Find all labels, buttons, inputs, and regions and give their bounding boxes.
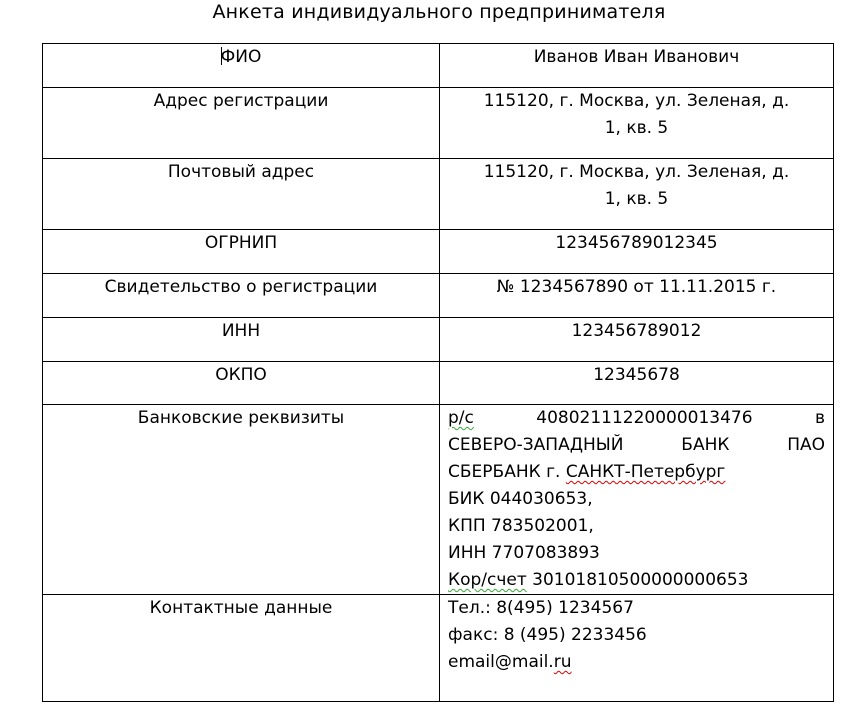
row-value[interactable]: 123456789012 — [440, 318, 834, 362]
bank-kpp: КПП 783502001, — [448, 513, 825, 540]
document-title: Анкета индивидуального предпринимателя — [0, 1, 858, 23]
row-value[interactable]: Иванов Иван Иванович — [440, 44, 834, 88]
row-label[interactable]: ОГРНИП — [43, 230, 440, 274]
bank-correspondent-account: Кор/счет 30101810500000000653 — [448, 567, 825, 594]
row-value[interactable]: 12345678 — [440, 362, 834, 405]
row-value[interactable]: 115120, г. Москва, ул. Зеленая, д. 1, кв… — [440, 88, 834, 159]
value-line: 115120, г. Москва, ул. Зеленая, д. — [440, 88, 833, 115]
row-label[interactable]: Адрес регистрации — [43, 88, 440, 159]
bank-details-value[interactable]: р/с 40802111220000013476 в СЕВЕРО-ЗАПАДН… — [440, 405, 834, 595]
row-value[interactable]: 115120, г. Москва, ул. Зеленая, д. 1, кв… — [440, 159, 834, 230]
table-row: ОКПО 12345678 — [43, 362, 834, 405]
bank-name-part: ПАО — [787, 432, 825, 459]
row-label[interactable]: ИНН — [43, 318, 440, 362]
email-part: email@mail. — [448, 652, 554, 672]
kor-label: Кор/счет — [448, 570, 527, 590]
table-row: Почтовый адрес 115120, г. Москва, ул. Зе… — [43, 159, 834, 230]
row-label[interactable]: ФИО — [43, 44, 440, 88]
email-domain: ru — [554, 652, 572, 672]
value-text: Иванов Иван Иванович — [534, 47, 740, 67]
account-prefix: р/с — [448, 405, 474, 432]
bank-name-part: СБЕРБАНК г. — [448, 462, 566, 482]
bank-line-name: СЕВЕРО-ЗАПАДНЫЙ БАНК ПАО — [448, 432, 825, 459]
account-number: 40802111220000013476 — [536, 405, 752, 432]
contact-fax: факс: 8 (495) 2233456 — [448, 622, 825, 649]
row-label[interactable]: Контактные данные — [43, 595, 440, 702]
bank-inn: ИНН 7707083893 — [448, 540, 825, 567]
contact-email: email@mail.ru — [448, 649, 825, 676]
bank-line-account: р/с 40802111220000013476 в — [448, 405, 825, 432]
bank-line-city: СБЕРБАНК г. САНКТ-Петербург — [448, 459, 825, 486]
table-row: Банковские реквизиты р/с 408021112200000… — [43, 405, 834, 595]
row-label[interactable]: Банковские реквизиты — [43, 405, 440, 595]
contact-phone: Тел.: 8(495) 1234567 — [448, 595, 825, 622]
row-label[interactable]: ОКПО — [43, 362, 440, 405]
row-label[interactable]: Свидетельство о регистрации — [43, 274, 440, 318]
table-row: ИНН 123456789012 — [43, 318, 834, 362]
row-value[interactable]: 123456789012345 — [440, 230, 834, 274]
kor-number: 30101810500000000653 — [527, 570, 749, 590]
row-value[interactable]: № 1234567890 от 11.11.2015 г. — [440, 274, 834, 318]
bank-name-part: БАНК — [681, 432, 729, 459]
row-label[interactable]: Почтовый адрес — [43, 159, 440, 230]
value-line: 1, кв. 5 — [440, 115, 833, 142]
table-row: Свидетельство о регистрации № 1234567890… — [43, 274, 834, 318]
bank-bik: БИК 044030653, — [448, 486, 825, 513]
value-line: 1, кв. 5 — [440, 186, 833, 213]
table-row: Контактные данные Тел.: 8(495) 1234567 ф… — [43, 595, 834, 702]
bank-name-part: СЕВЕРО-ЗАПАДНЫЙ — [448, 432, 624, 459]
table-row: Адрес регистрации 115120, г. Москва, ул.… — [43, 88, 834, 159]
contacts-value[interactable]: Тел.: 8(495) 1234567 факс: 8 (495) 22334… — [440, 595, 834, 702]
table-row: ОГРНИП 123456789012345 — [43, 230, 834, 274]
entrepreneur-form-table: ФИО Иванов Иван Иванович Адрес регистрац… — [42, 43, 834, 702]
account-preposition: в — [815, 405, 825, 432]
table-row: ФИО Иванов Иван Иванович — [43, 44, 834, 88]
bank-city: САНКТ-Петербург — [566, 462, 726, 482]
label-text: ФИО — [221, 47, 262, 67]
value-line: 115120, г. Москва, ул. Зеленая, д. — [440, 159, 833, 186]
